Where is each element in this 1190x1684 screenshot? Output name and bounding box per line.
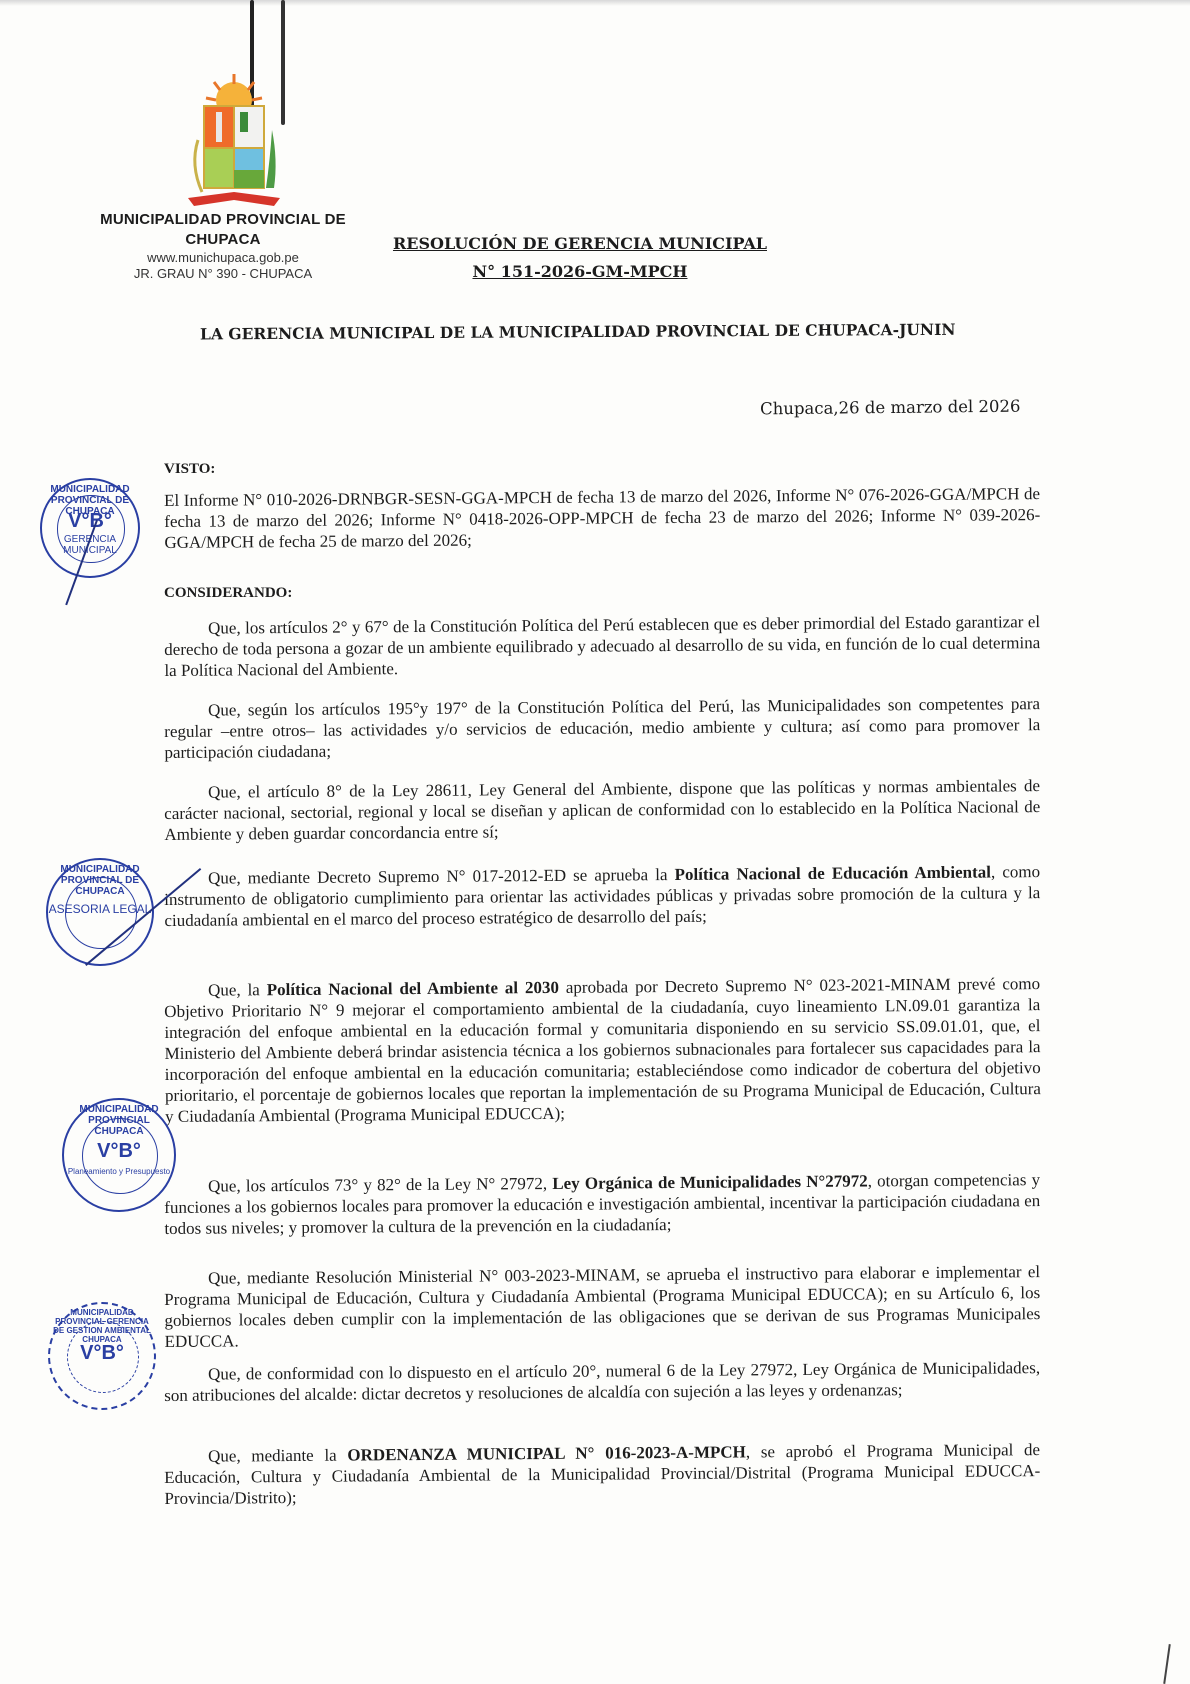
approval-stamp-asesoria: MUNICIPALIDAD PROVINCIAL DE CHUPACA ASES…: [46, 858, 154, 966]
considerando-paragraph: Que, mediante Decreto Supremo N° 017-201…: [164, 861, 1040, 931]
visto-text: El Informe N° 010-2026-DRNBGR-SESN-GGA-M…: [164, 483, 1040, 553]
org-name-city: CHUPACA: [88, 230, 358, 250]
approval-stamp-gestion-ambiental: MUNICIPALIDAD PROVINCIAL GERENCIA DE GES…: [48, 1302, 156, 1410]
considerando-paragraph: Que, mediante la ORDENANZA MUNICIPAL N° …: [164, 1439, 1040, 1509]
approval-stamp-gerencia: MUNICIPALIDAD PROVINCIAL DE CHUPACA V°B°…: [40, 478, 140, 578]
page-edge: [0, 0, 1190, 6]
org-website[interactable]: www.munichupaca.gob.pe: [88, 250, 358, 266]
org-address: JR. GRAU N° 390 - CHUPACA: [88, 266, 358, 282]
document-date: Chupaca,26 de marzo del 2026: [760, 397, 1021, 419]
letterhead: MUNICIPALIDAD PROVINCIAL DE CHUPACA www.…: [88, 210, 358, 282]
considerando-paragraph: Que, de conformidad con lo dispuesto en …: [164, 1357, 1040, 1406]
page-corner-mark: [1163, 1644, 1171, 1684]
considerando-paragraph: Que, los artículos 73° y 82° de la Ley N…: [164, 1169, 1040, 1239]
considerando-paragraph: Que, el artículo 8° de la Ley 28611, Ley…: [164, 775, 1040, 845]
considerando-paragraph: Que, según los artículos 195°y 197° de l…: [164, 693, 1040, 763]
considerando-paragraph: Que, la Política Nacional del Ambiente a…: [164, 973, 1041, 1127]
approval-stamp-planeamiento: MUNICIPALIDAD PROVINCIAL CHUPACA V°B° Pl…: [62, 1098, 176, 1212]
municipal-coat-of-arms-icon: [178, 70, 298, 210]
issuing-entity: LA GERENCIA MUNICIPAL DE LA MUNICIPALIDA…: [200, 320, 1000, 344]
document-title: RESOLUCIÓN DE GERENCIA MUNICIPAL N° 151-…: [370, 230, 790, 286]
org-name: MUNICIPALIDAD PROVINCIAL DE: [88, 210, 358, 230]
title-line1: RESOLUCIÓN DE GERENCIA MUNICIPAL: [370, 230, 790, 258]
considerando-paragraph: Que, los artículos 2° y 67° de la Consti…: [164, 611, 1040, 681]
visto-heading: VISTO:: [164, 461, 215, 478]
considerando-paragraph: Que, mediante Resolución Ministerial N° …: [164, 1261, 1041, 1352]
considerando-heading: CONSIDERANDO:: [164, 585, 292, 602]
resolution-number: N° 151-2026-GM-MPCH: [370, 258, 790, 286]
